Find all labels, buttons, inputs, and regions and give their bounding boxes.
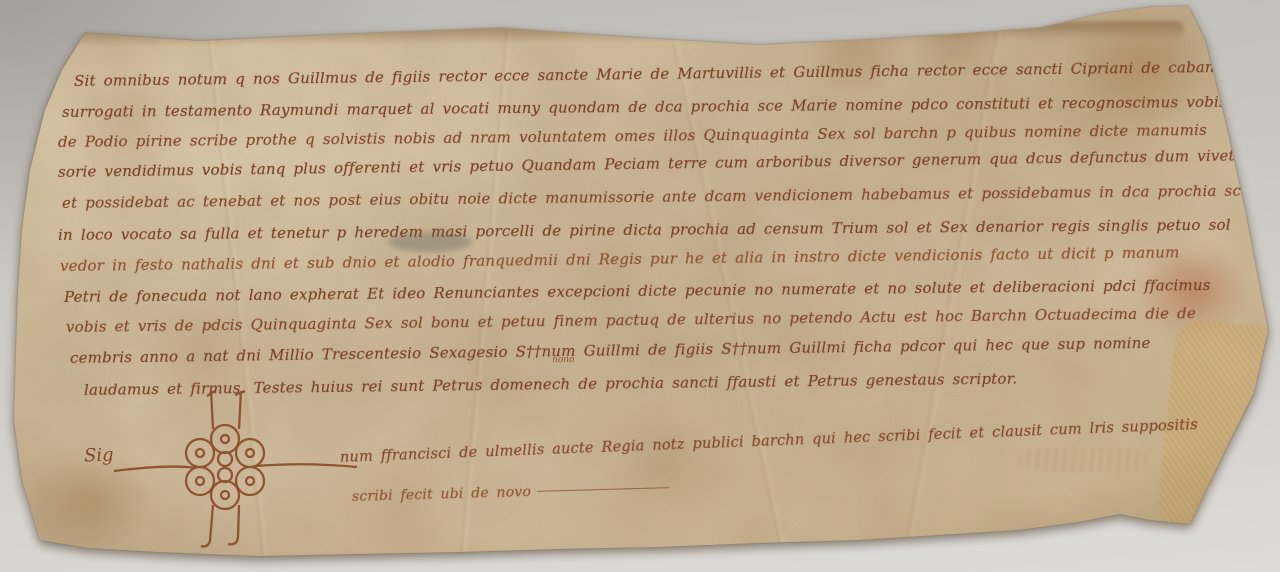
charter-line-10: cembris anno a nat dni Millio Trescentes… bbox=[70, 334, 1151, 367]
charter-line-6: in loco vocato sa fulla et tenetur p her… bbox=[58, 216, 1231, 244]
charter-line-9: vobis et vris de pdcis Quinquaginta Sex … bbox=[66, 304, 1196, 336]
correction-note-text: scribi fecit ubi de novo bbox=[352, 484, 532, 505]
charter-line-8: Petri de fonecuda not lano expherat Et i… bbox=[64, 276, 1211, 306]
parchment-surface: Sit omnibus notum q nos Guillmus de figi… bbox=[14, 5, 1270, 557]
photo-background: Sit omnibus notum q nos Guillmus de figi… bbox=[0, 0, 1280, 572]
flourish-line bbox=[537, 487, 669, 492]
notarial-subscription-line: num ffrancisci de ulmellis aucte Regia n… bbox=[340, 417, 1198, 466]
charter-line-2: surrogati in testamento Raymundi marquet… bbox=[62, 92, 1280, 121]
charter-line-7: vedor in festo nathalis dni et sub dnio … bbox=[60, 243, 1180, 275]
charter-text-block: Sit omnibus notum q nos Guillmus de figi… bbox=[14, 5, 1270, 557]
charter-line-1: Sit omnibus notum q nos Guillmus de figi… bbox=[74, 56, 1280, 90]
notarial-sign-rosette-icon bbox=[110, 389, 360, 549]
correction-note-line: scribi fecit ubi de novo bbox=[352, 480, 669, 505]
notarial-subscription-text: num ffrancisci de ulmellis aucte Regia n… bbox=[340, 417, 1198, 466]
parchment: Sit omnibus notum q nos Guillmus de figi… bbox=[14, 5, 1270, 557]
charter-line-4: sorie vendidimus vobis tanq plus offeren… bbox=[58, 146, 1280, 181]
charter-line-5: et possidebat ac tenebat et nos post eiu… bbox=[62, 181, 1280, 212]
charter-line-3: de Podio pirine scribe prothe q solvisti… bbox=[58, 121, 1207, 151]
interlinear-note: nono bbox=[552, 355, 575, 365]
